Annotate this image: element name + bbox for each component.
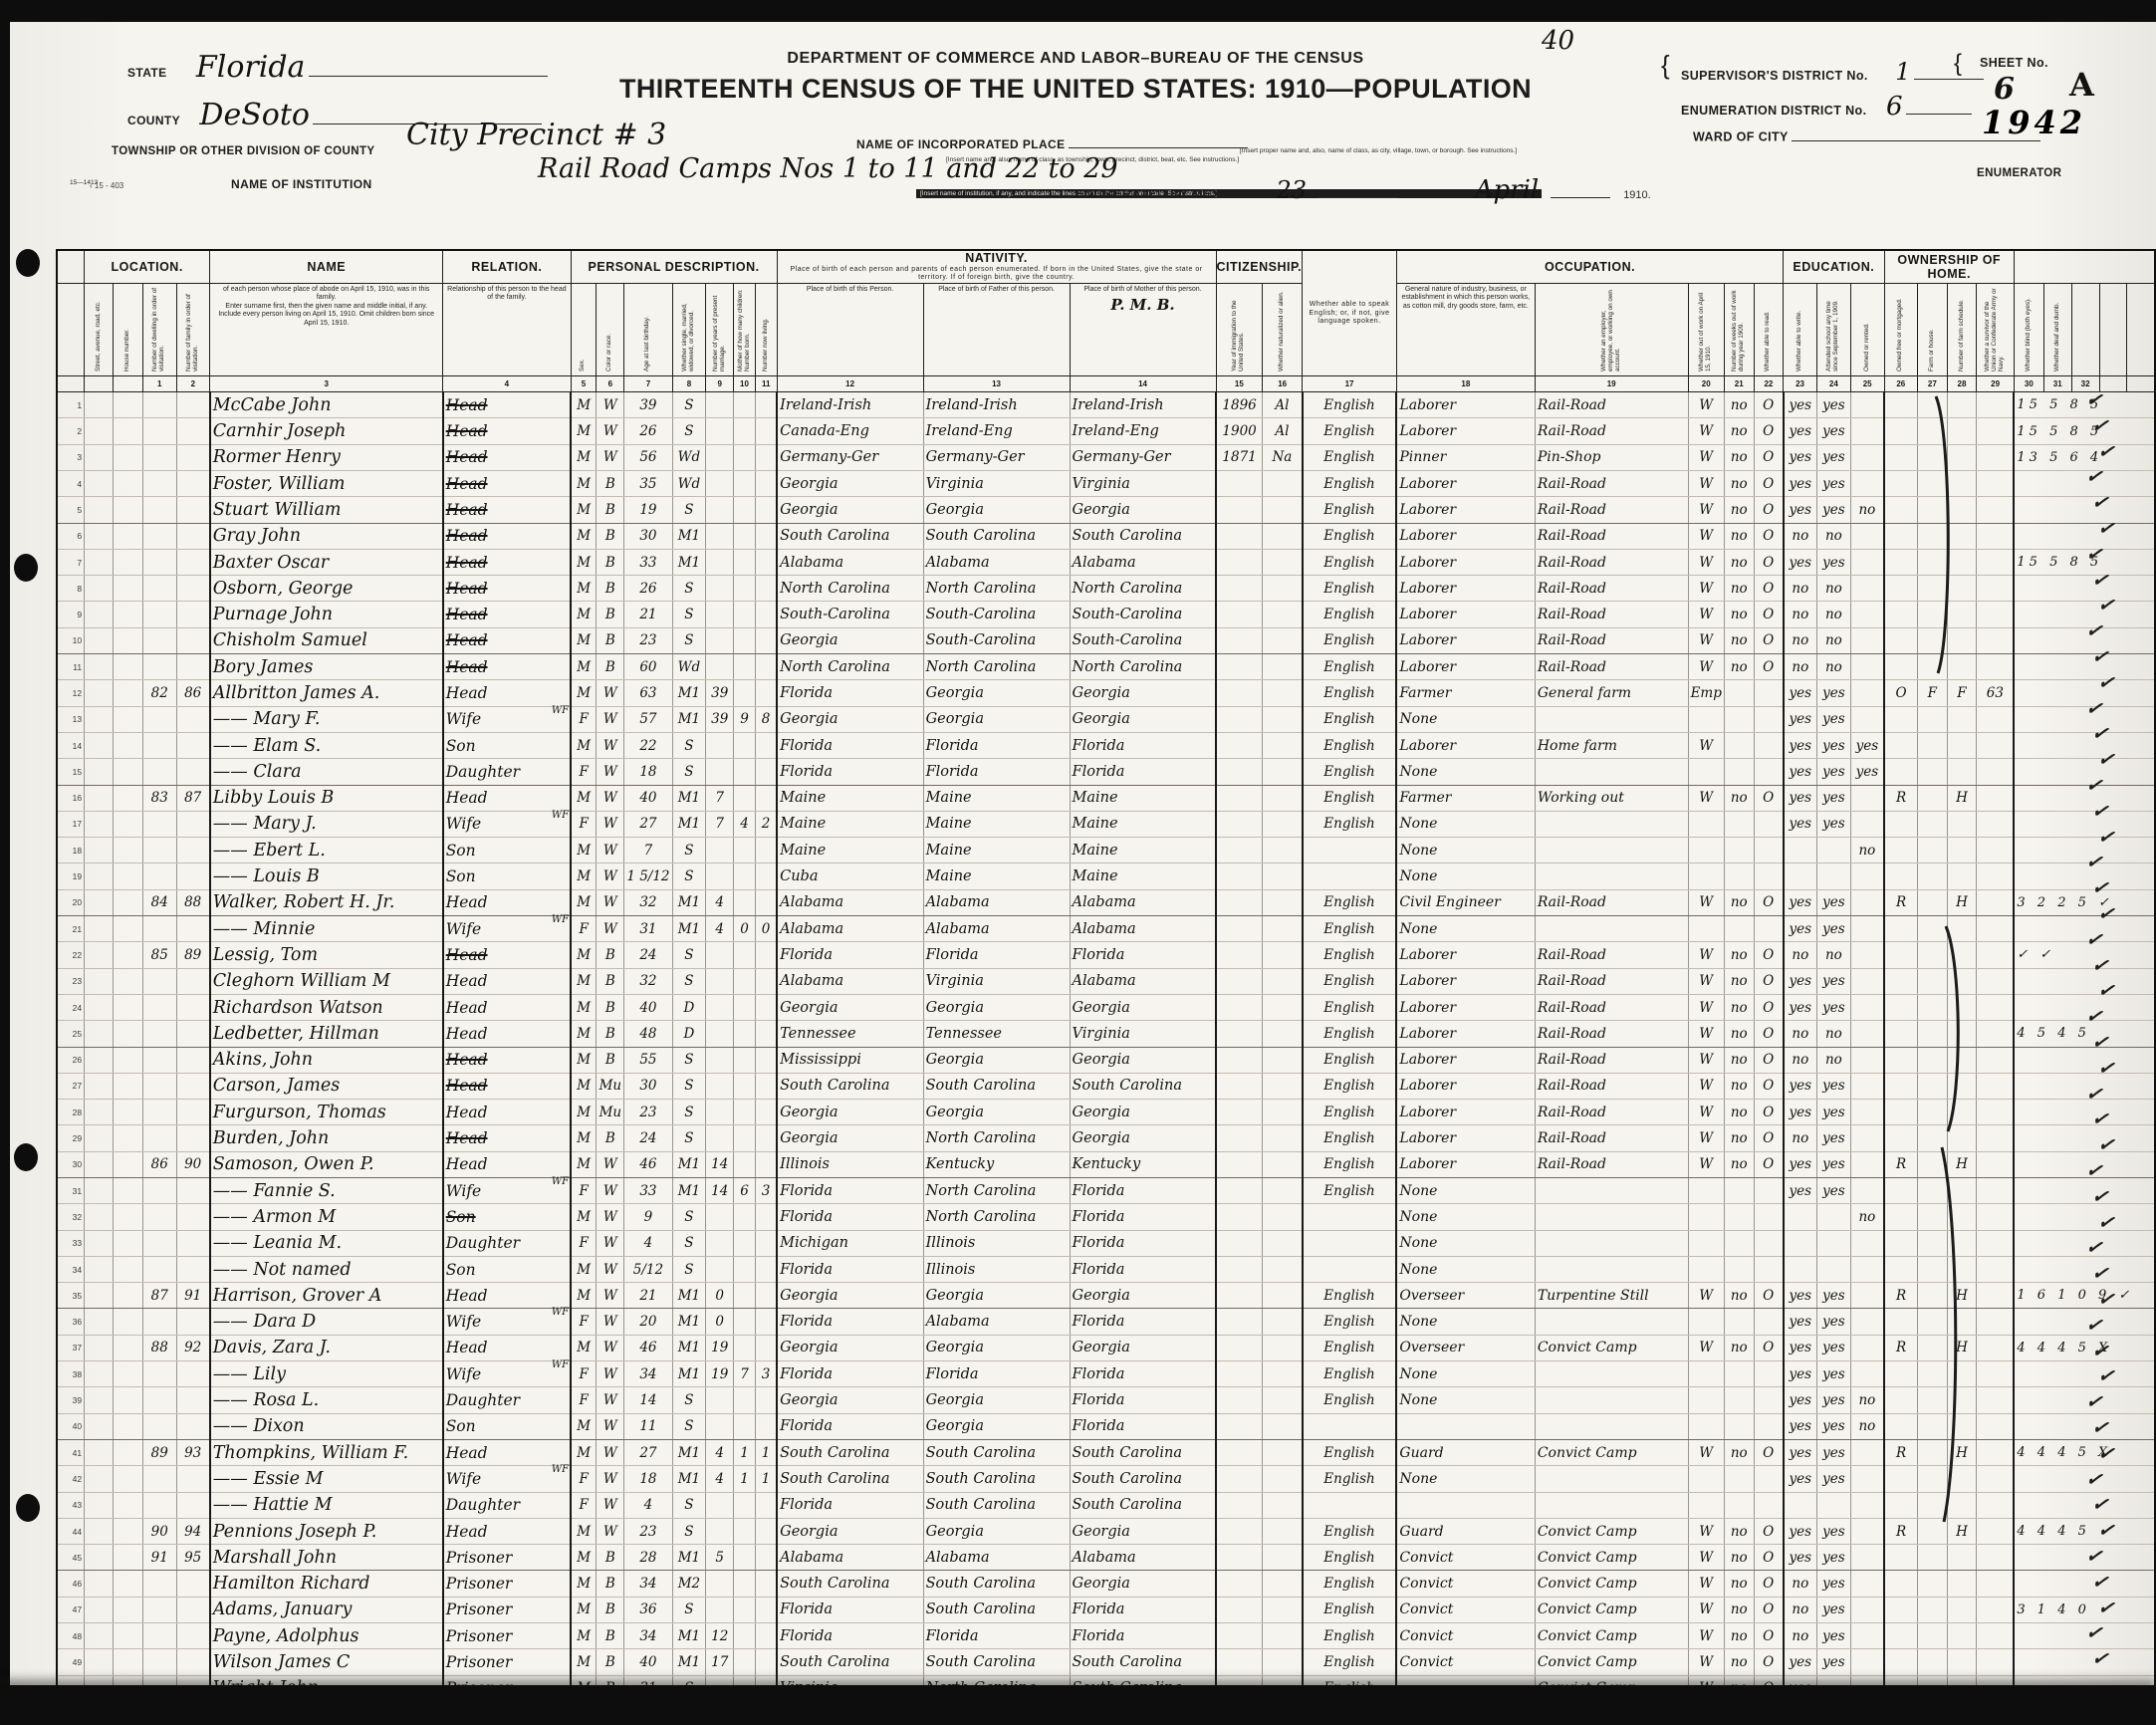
cell-cb xyxy=(734,1413,756,1439)
enumerated-label: ENUMERATED BY ME ON THE xyxy=(1076,187,1265,201)
cell-wk: O xyxy=(1754,1518,1784,1544)
cell-ind xyxy=(1535,1492,1688,1518)
cell-h2 xyxy=(1918,1649,1948,1675)
cell-m: S xyxy=(672,1413,706,1439)
cell-cb xyxy=(734,889,756,915)
cell-sc xyxy=(1850,549,1884,575)
cell-l1 xyxy=(85,654,114,680)
cell-en: English xyxy=(1303,732,1397,758)
cell-rel: Head xyxy=(443,602,571,627)
punch-hole xyxy=(14,1143,38,1171)
cell-sc xyxy=(1850,1361,1884,1387)
cell-wr: yes xyxy=(1816,444,1850,470)
cell-f xyxy=(176,1623,210,1649)
census-row: 29Burden, JohnHeadMB24SGeorgiaNorth Caro… xyxy=(57,1125,2155,1151)
sheet-letter: A xyxy=(2069,66,2094,104)
cell-h4 xyxy=(1977,1361,2015,1387)
census-row: 308690Samoson, Owen P.HeadMW46M114Illino… xyxy=(57,1151,2155,1177)
cell-en: English xyxy=(1303,994,1397,1020)
cell-pf: North Carolina xyxy=(923,576,1070,602)
cell-sx: M xyxy=(571,994,597,1020)
cell-en: English xyxy=(1303,1047,1397,1073)
cell-h1 xyxy=(1884,1021,1918,1047)
cell-na xyxy=(1263,942,1303,968)
cell-d xyxy=(142,523,176,549)
cell-ow xyxy=(1724,1204,1754,1230)
cell-a: 24 xyxy=(624,942,672,968)
cell-sx: M xyxy=(571,470,597,496)
cell-n: 13 xyxy=(57,706,85,732)
census-row: 9Purnage JohnHeadMB21SSouth-CarolinaSout… xyxy=(57,602,2155,627)
cell-sc: no xyxy=(1850,1204,1884,1230)
cell-wr: yes xyxy=(1816,1649,1850,1675)
cell-c: W xyxy=(597,1283,624,1309)
cell-en: English xyxy=(1303,1545,1397,1571)
cell-h3 xyxy=(1947,706,1977,732)
cell-f xyxy=(176,1361,210,1387)
cell-pm: Georgia xyxy=(1070,1125,1216,1151)
cell-m: S xyxy=(672,392,706,418)
cell-rd: yes xyxy=(1784,1466,1817,1492)
cell-ow: no xyxy=(1724,602,1754,627)
cell-ind: Convict Camp xyxy=(1535,1439,1688,1465)
cell-pf: Georgia xyxy=(923,497,1070,523)
cell-y: 19 xyxy=(706,1361,734,1387)
cell-cl xyxy=(755,470,777,496)
cell-em: W xyxy=(1688,1151,1724,1177)
cell-pb: Alabama xyxy=(777,916,923,942)
cell-f: 90 xyxy=(176,1151,210,1177)
cell-wr: no xyxy=(1816,1047,1850,1073)
cell-m: D xyxy=(672,994,706,1020)
cell-wk: O xyxy=(1754,1100,1784,1125)
cell-h4 xyxy=(1977,1518,2015,1544)
cell-c: W xyxy=(597,1230,624,1256)
cell-h1 xyxy=(1884,1623,1918,1649)
cell-d xyxy=(142,863,176,889)
cell-cl xyxy=(755,1571,777,1597)
cell-wk: O xyxy=(1754,497,1784,523)
cell-en: English xyxy=(1303,1387,1397,1413)
column-header: Whether an employer, employee, or workin… xyxy=(1535,284,1688,376)
cell-c: W xyxy=(597,1387,624,1413)
cell-ind: Rail-Road xyxy=(1535,994,1688,1020)
cell-cb xyxy=(734,1571,756,1597)
cell-c: B xyxy=(597,968,624,994)
cell-ind: Rail-Road xyxy=(1535,968,1688,994)
cell-ow: no xyxy=(1724,1623,1754,1649)
cell-pf: Illinois xyxy=(923,1230,1070,1256)
cell-a: 35 xyxy=(624,470,672,496)
cell-l2 xyxy=(114,654,142,680)
cell-a: 22 xyxy=(624,732,672,758)
cell-rel: Head xyxy=(443,1283,571,1309)
cell-y: 4 xyxy=(706,916,734,942)
cell-l2 xyxy=(114,1623,142,1649)
cell-c: W xyxy=(597,706,624,732)
cell-h4 xyxy=(1977,1387,2015,1413)
cell-sc xyxy=(1850,1230,1884,1256)
cell-ow: no xyxy=(1724,627,1754,653)
cell-ind: Rail-Road xyxy=(1535,549,1688,575)
cell-pb: Georgia xyxy=(777,706,923,732)
cell-wr: yes xyxy=(1816,680,1850,706)
cell-sc xyxy=(1850,470,1884,496)
cell-rd: no xyxy=(1784,1021,1817,1047)
cell-y xyxy=(706,444,734,470)
cell-cl xyxy=(755,942,777,968)
cell-f xyxy=(176,863,210,889)
cell-pb: South Carolina xyxy=(777,1439,923,1465)
cell-h3 xyxy=(1947,1623,1977,1649)
cell-name: Wilson James C xyxy=(210,1649,443,1675)
cell-cb xyxy=(734,1597,756,1622)
cell-l2 xyxy=(114,889,142,915)
column-header: Number now living. xyxy=(755,284,777,376)
cell-ow: no xyxy=(1724,576,1754,602)
cell-name: Foster, William xyxy=(210,470,443,496)
cell-em: W xyxy=(1688,1623,1724,1649)
cell-a: 28 xyxy=(624,1545,672,1571)
cell-l2 xyxy=(114,1387,142,1413)
cell-em: W xyxy=(1688,942,1724,968)
column-header: Street, avenue, road, etc. xyxy=(85,284,114,376)
column-number: 7 xyxy=(624,376,672,392)
column-group: PERSONAL DESCRIPTION. xyxy=(571,250,777,284)
cell-cb xyxy=(734,785,756,811)
cell-c: W xyxy=(597,811,624,837)
cell-na xyxy=(1263,968,1303,994)
cell-na xyxy=(1263,994,1303,1020)
page-title: THIRTEENTH CENSUS OF THE UNITED STATES: … xyxy=(598,74,1554,105)
cell-sx: M xyxy=(571,602,597,627)
cell-cl xyxy=(755,1387,777,1413)
cell-na xyxy=(1263,759,1303,785)
cell-sx: M xyxy=(571,1518,597,1544)
cell-l2 xyxy=(114,470,142,496)
cell-m: S xyxy=(672,1204,706,1230)
cell-na xyxy=(1263,732,1303,758)
cell-h4 xyxy=(1977,994,2015,1020)
cell-n: 45 xyxy=(57,1545,85,1571)
cell-l1 xyxy=(85,1439,114,1465)
cell-a: 21 xyxy=(624,1283,672,1309)
cell-d xyxy=(142,1571,176,1597)
cell-a: 19 xyxy=(624,497,672,523)
cell-h4 xyxy=(1977,1256,2015,1282)
cell-en: English xyxy=(1303,889,1397,915)
cell-cl xyxy=(755,418,777,444)
column-header: Whether a survivor of the Union or Confe… xyxy=(1977,284,2015,376)
cell-cb xyxy=(734,942,756,968)
cell-pf: Ireland-Irish xyxy=(923,392,1070,418)
cell-im xyxy=(1216,1413,1263,1439)
cell-rd: no xyxy=(1784,654,1817,680)
cell-pb: Maine xyxy=(777,785,923,811)
cell-pm: Florida xyxy=(1070,1413,1216,1439)
cell-y: 17 xyxy=(706,1649,734,1675)
cell-pb: Georgia xyxy=(777,497,923,523)
cell-ind xyxy=(1535,1178,1688,1204)
supervisor-district-field: SUPERVISOR'S DISTRICT No. 1 xyxy=(1681,58,1984,86)
cell-rd: yes xyxy=(1784,1335,1817,1360)
cell-na xyxy=(1263,1283,1303,1309)
column-number: 28 xyxy=(1947,376,1977,392)
column-number: 29 xyxy=(1977,376,2015,392)
cell-pm: Ireland-Eng xyxy=(1070,418,1216,444)
cell-wk xyxy=(1754,1204,1784,1230)
column-number: 17 xyxy=(1303,376,1397,392)
cell-pb: Georgia xyxy=(777,627,923,653)
cell-ow: no xyxy=(1724,1545,1754,1571)
cell-h1 xyxy=(1884,1545,1918,1571)
cell-en xyxy=(1303,1230,1397,1256)
tally-brace xyxy=(1932,394,1958,675)
cell-rd: yes xyxy=(1784,1309,1817,1335)
cell-cb xyxy=(734,1230,756,1256)
cell-wr: yes xyxy=(1816,1545,1850,1571)
cell-h1 xyxy=(1884,1597,1918,1622)
cell-f xyxy=(176,1649,210,1675)
cell-c: B xyxy=(597,1021,624,1047)
cell-wr: yes xyxy=(1816,1151,1850,1177)
cell-pm: Virginia xyxy=(1070,1021,1216,1047)
cell-em: W xyxy=(1688,1335,1724,1360)
cell-h4 xyxy=(1977,1125,2015,1151)
cell-en: English xyxy=(1303,392,1397,418)
cell-y xyxy=(706,1571,734,1597)
cell-n: 15 xyxy=(57,759,85,785)
cell-d xyxy=(142,497,176,523)
cell-sc xyxy=(1850,916,1884,942)
cell-rel: Head xyxy=(443,1073,571,1099)
cell-f xyxy=(176,1204,210,1230)
cell-wr: yes xyxy=(1816,811,1850,837)
cell-l1 xyxy=(85,576,114,602)
cell-h4 xyxy=(1977,838,2015,863)
cell-name: —— Hattie M xyxy=(210,1492,443,1518)
cell-im xyxy=(1216,759,1263,785)
cell-l1 xyxy=(85,732,114,758)
cell-rd: no xyxy=(1784,1047,1817,1073)
cell-n: 10 xyxy=(57,627,85,653)
cell-c: W xyxy=(597,1492,624,1518)
cell-ow xyxy=(1724,916,1754,942)
cell-wk xyxy=(1754,1256,1784,1282)
cell-l2 xyxy=(114,1335,142,1360)
cell-f xyxy=(176,523,210,549)
cell-na xyxy=(1263,1151,1303,1177)
cell-cl xyxy=(755,549,777,575)
cell-h1 xyxy=(1884,994,1918,1020)
cell-h1: R xyxy=(1884,1151,1918,1177)
cell-cl xyxy=(755,785,777,811)
cell-em: W xyxy=(1688,523,1724,549)
cell-a: 20 xyxy=(624,1309,672,1335)
cell-d: 86 xyxy=(142,1151,176,1177)
cell-pb: Georgia xyxy=(777,1518,923,1544)
cell-cl xyxy=(755,1413,777,1439)
cell-n: 33 xyxy=(57,1230,85,1256)
cell-sx: M xyxy=(571,418,597,444)
cell-n: 20 xyxy=(57,889,85,915)
cell-cb xyxy=(734,968,756,994)
cell-cl xyxy=(755,1021,777,1047)
cell-h1: O xyxy=(1884,680,1918,706)
cell-sc xyxy=(1850,1335,1884,1360)
cell-f xyxy=(176,1571,210,1597)
cell-pf: South Carolina xyxy=(923,1492,1070,1518)
cell-pb: Florida xyxy=(777,1178,923,1204)
cell-sc xyxy=(1850,1649,1884,1675)
cell-en: English xyxy=(1303,680,1397,706)
cell-f xyxy=(176,444,210,470)
cell-wr: yes xyxy=(1816,1335,1850,1360)
cell-ind: Rail-Road xyxy=(1535,942,1688,968)
cell-pm: North Carolina xyxy=(1070,576,1216,602)
cell-tr: Laborer xyxy=(1396,1021,1535,1047)
cell-a: 63 xyxy=(624,680,672,706)
cell-d xyxy=(142,444,176,470)
cell-n: 48 xyxy=(57,1623,85,1649)
cell-rel: Prisoner xyxy=(443,1623,571,1649)
cell-h1 xyxy=(1884,1413,1918,1439)
cell-a: 32 xyxy=(624,889,672,915)
cell-pb: Georgia xyxy=(777,1100,923,1125)
cell-pm: South Carolina xyxy=(1070,1492,1216,1518)
cell-sx: M xyxy=(571,1597,597,1622)
cell-em: W xyxy=(1688,627,1724,653)
cell-y xyxy=(706,1413,734,1439)
punch-hole xyxy=(16,1494,40,1522)
cell-name: Baxter Oscar xyxy=(210,549,443,575)
cell-pm: South-Carolina xyxy=(1070,627,1216,653)
cell-d xyxy=(142,1492,176,1518)
cell-ind: Rail-Road xyxy=(1535,1125,1688,1151)
cell-tr: Laborer xyxy=(1396,994,1535,1020)
cell-n: 17 xyxy=(57,811,85,837)
cell-ind: Rail-Road xyxy=(1535,1100,1688,1125)
cell-ow xyxy=(1724,1492,1754,1518)
cell-wk: O xyxy=(1754,1649,1784,1675)
incorporated-place-field: NAME OF INCORPORATED PLACE xyxy=(856,135,1248,151)
cell-en: English xyxy=(1303,497,1397,523)
cell-sc: yes xyxy=(1850,732,1884,758)
cell-name: —— Fannie S. xyxy=(210,1178,443,1204)
census-table: LOCATION.NAMERELATION.PERSONAL DESCRIPTI… xyxy=(56,249,2156,1703)
cell-rel: Head xyxy=(443,1518,571,1544)
cell-h4 xyxy=(1977,1047,2015,1073)
cell-sc xyxy=(1850,811,1884,837)
cell-h4 xyxy=(1977,444,2015,470)
cell-cb xyxy=(734,523,756,549)
cell-c: B xyxy=(597,1649,624,1675)
cell-m: M1 xyxy=(672,1623,706,1649)
column-header: Owned or rented. xyxy=(1850,284,1884,376)
cell-ow: no xyxy=(1724,392,1754,418)
column-group: NATIVITY.Place of birth of each person a… xyxy=(777,250,1216,284)
cell-rel: Son xyxy=(443,838,571,863)
cell-ind xyxy=(1535,838,1688,863)
cell-c: B xyxy=(597,1125,624,1151)
cell-c: B xyxy=(597,627,624,653)
cell-l1 xyxy=(85,1387,114,1413)
cell-l2 xyxy=(114,811,142,837)
column-number: 23 xyxy=(1784,376,1817,392)
cell-name: —— Rosa L. xyxy=(210,1387,443,1413)
cell-ind: Rail-Road xyxy=(1535,889,1688,915)
cell-y xyxy=(706,523,734,549)
cell-l1 xyxy=(85,1361,114,1387)
cell-ow: no xyxy=(1724,994,1754,1020)
cell-y xyxy=(706,994,734,1020)
cell-h4 xyxy=(1977,1492,2015,1518)
cell-pb: South Carolina xyxy=(777,1649,923,1675)
column-number: 8 xyxy=(672,376,706,392)
cell-na xyxy=(1263,1545,1303,1571)
cell-rd xyxy=(1784,1492,1817,1518)
cell-pm: Florida xyxy=(1070,942,1216,968)
cell-im xyxy=(1216,942,1263,968)
cell-l1 xyxy=(85,1021,114,1047)
cell-l2 xyxy=(114,1571,142,1597)
cell-em: W xyxy=(1688,1283,1724,1309)
cell-a: 31 xyxy=(624,916,672,942)
cell-a: 23 xyxy=(624,1100,672,1125)
cell-a: 18 xyxy=(624,1466,672,1492)
cell-l2 xyxy=(114,759,142,785)
cell-em: W xyxy=(1688,1649,1724,1675)
cell-en: English xyxy=(1303,470,1397,496)
cell-sx: F xyxy=(571,1387,597,1413)
township-value: City Precinct # 3 xyxy=(406,118,666,152)
cell-cl xyxy=(755,1283,777,1309)
form-title-block: DEPARTMENT OF COMMERCE AND LABOR–BUREAU … xyxy=(598,50,1554,105)
cell-h1 xyxy=(1884,627,1918,653)
cell-sc xyxy=(1850,523,1884,549)
cell-na xyxy=(1263,523,1303,549)
cell-h1 xyxy=(1884,549,1918,575)
cell-tr: Guard xyxy=(1396,1518,1535,1544)
cell-na xyxy=(1263,785,1303,811)
cell-em xyxy=(1688,838,1724,863)
cell-cl xyxy=(755,392,777,418)
cell-pb: North Carolina xyxy=(777,654,923,680)
cell-m: S xyxy=(672,1073,706,1099)
column-header: Whether able to read. xyxy=(1754,284,1784,376)
cell-pf: Alabama xyxy=(923,549,1070,575)
cell-c: W xyxy=(597,1256,624,1282)
cell-ow xyxy=(1724,1178,1754,1204)
cell-ow: no xyxy=(1724,549,1754,575)
cell-em: W xyxy=(1688,1571,1724,1597)
cell-wk: O xyxy=(1754,1545,1784,1571)
cell-l1 xyxy=(85,1100,114,1125)
cell-d xyxy=(142,418,176,444)
cell-pf: South Carolina xyxy=(923,523,1070,549)
cell-h1 xyxy=(1884,1230,1918,1256)
cell-ow: no xyxy=(1724,1125,1754,1151)
cell-cl xyxy=(755,889,777,915)
cell-im xyxy=(1216,1100,1263,1125)
cell-h1 xyxy=(1884,863,1918,889)
cell-d xyxy=(142,1623,176,1649)
cell-im xyxy=(1216,1492,1263,1518)
cell-h4 xyxy=(1977,1466,2015,1492)
cell-pf: Virginia xyxy=(923,968,1070,994)
cell-h4 xyxy=(1977,497,2015,523)
cell-cl xyxy=(755,523,777,549)
